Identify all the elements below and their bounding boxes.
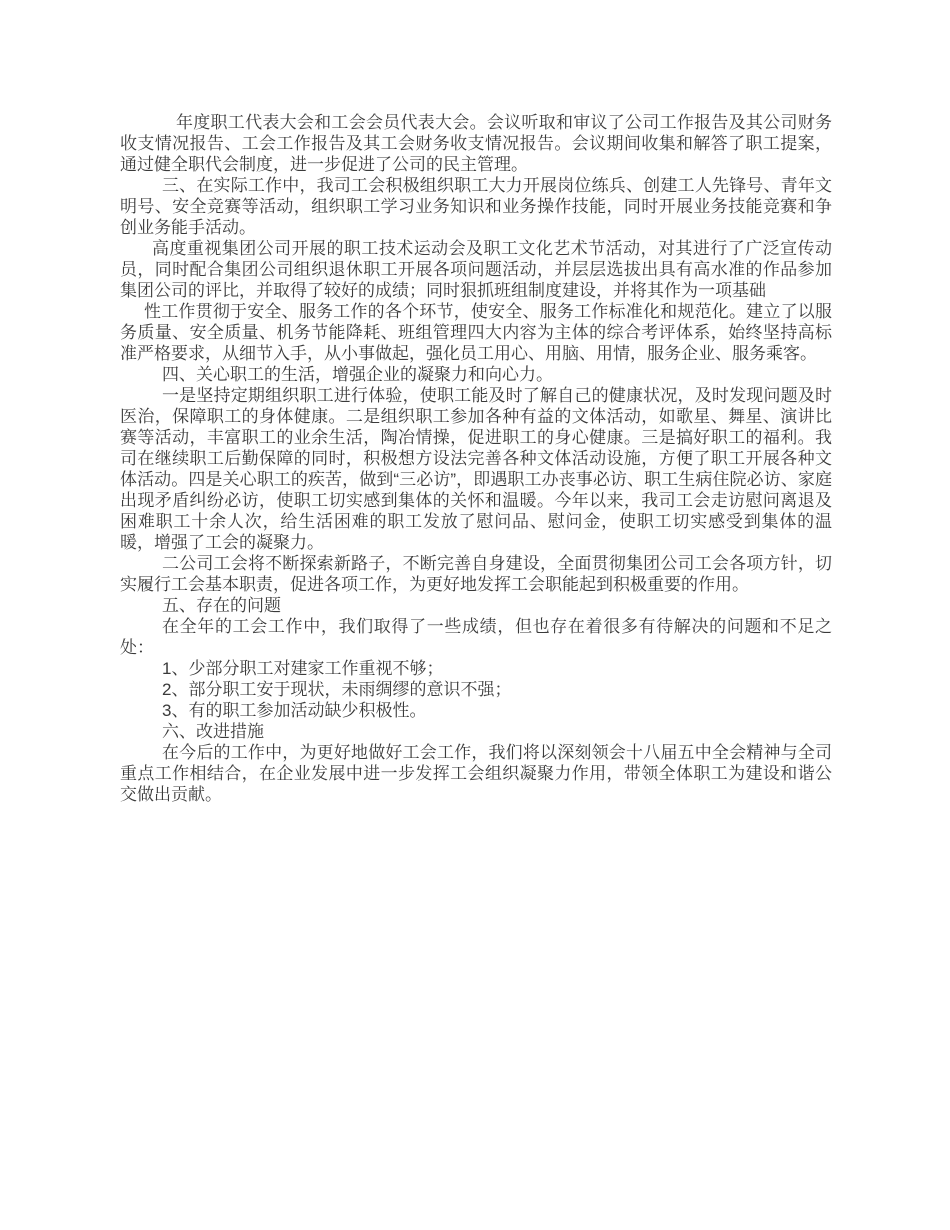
paragraph-safety-service: 性工作贯彻于安全、服务工作的各个环节，使安全、服务工作标准化和规范化。建立了以服… bbox=[120, 301, 832, 364]
paragraph-group-activities: 高度重视集团公司开展的职工技术运动会及职工文化艺术节活动，对其进行了广泛宣传动员… bbox=[120, 238, 832, 301]
paragraph-congress-report: 年度职工代表大会和工会会员代表大会。会议听取和审议了公司工作报告及其公司财务收支… bbox=[120, 112, 832, 175]
paragraph-union-outlook: 二公司工会将不断探索新路子，不断完善自身建设，全面贯彻集团公司工会各项方针，切实… bbox=[120, 553, 832, 595]
paragraph-section-5-heading: 五、存在的问题 bbox=[120, 595, 832, 616]
paragraph-problem-item-1: 1、少部分职工对建家工作重视不够； bbox=[120, 658, 832, 679]
paragraph-problem-item-3: 3、有的职工参加活动缺少积极性。 bbox=[120, 700, 832, 721]
paragraph-section-4-heading: 四、关心职工的生活，增强企业的凝聚力和向心力。 bbox=[120, 364, 832, 385]
paragraph-problem-item-2: 2、部分职工安于现状，未雨绸缪的意识不强； bbox=[120, 679, 832, 700]
paragraph-future-plan: 在今后的工作中，为更好地做好工会工作，我们将以深刻领会十八届五中全会精神与全司重… bbox=[120, 742, 832, 805]
paragraph-problems-intro: 在全年的工会工作中，我们取得了一些成绩，但也存在着很多有待解决的问题和不足之处： bbox=[120, 616, 832, 658]
paragraph-employee-care: 一是坚持定期组织职工进行体验，使职工能及时了解自己的健康状况，及时发现问题及时医… bbox=[120, 385, 832, 553]
document-page: 年度职工代表大会和工会会员代表大会。会议听取和审议了公司工作报告及其公司财务收支… bbox=[0, 0, 950, 1230]
paragraph-section-3-heading: 三、在实际工作中，我司工会积极组织职工大力开展岗位练兵、创建工人先锋号、青年文明… bbox=[120, 175, 832, 238]
paragraph-section-6-heading: 六、改进措施 bbox=[120, 721, 832, 742]
document-body-text: 年度职工代表大会和工会会员代表大会。会议听取和审议了公司工作报告及其公司财务收支… bbox=[120, 112, 832, 805]
